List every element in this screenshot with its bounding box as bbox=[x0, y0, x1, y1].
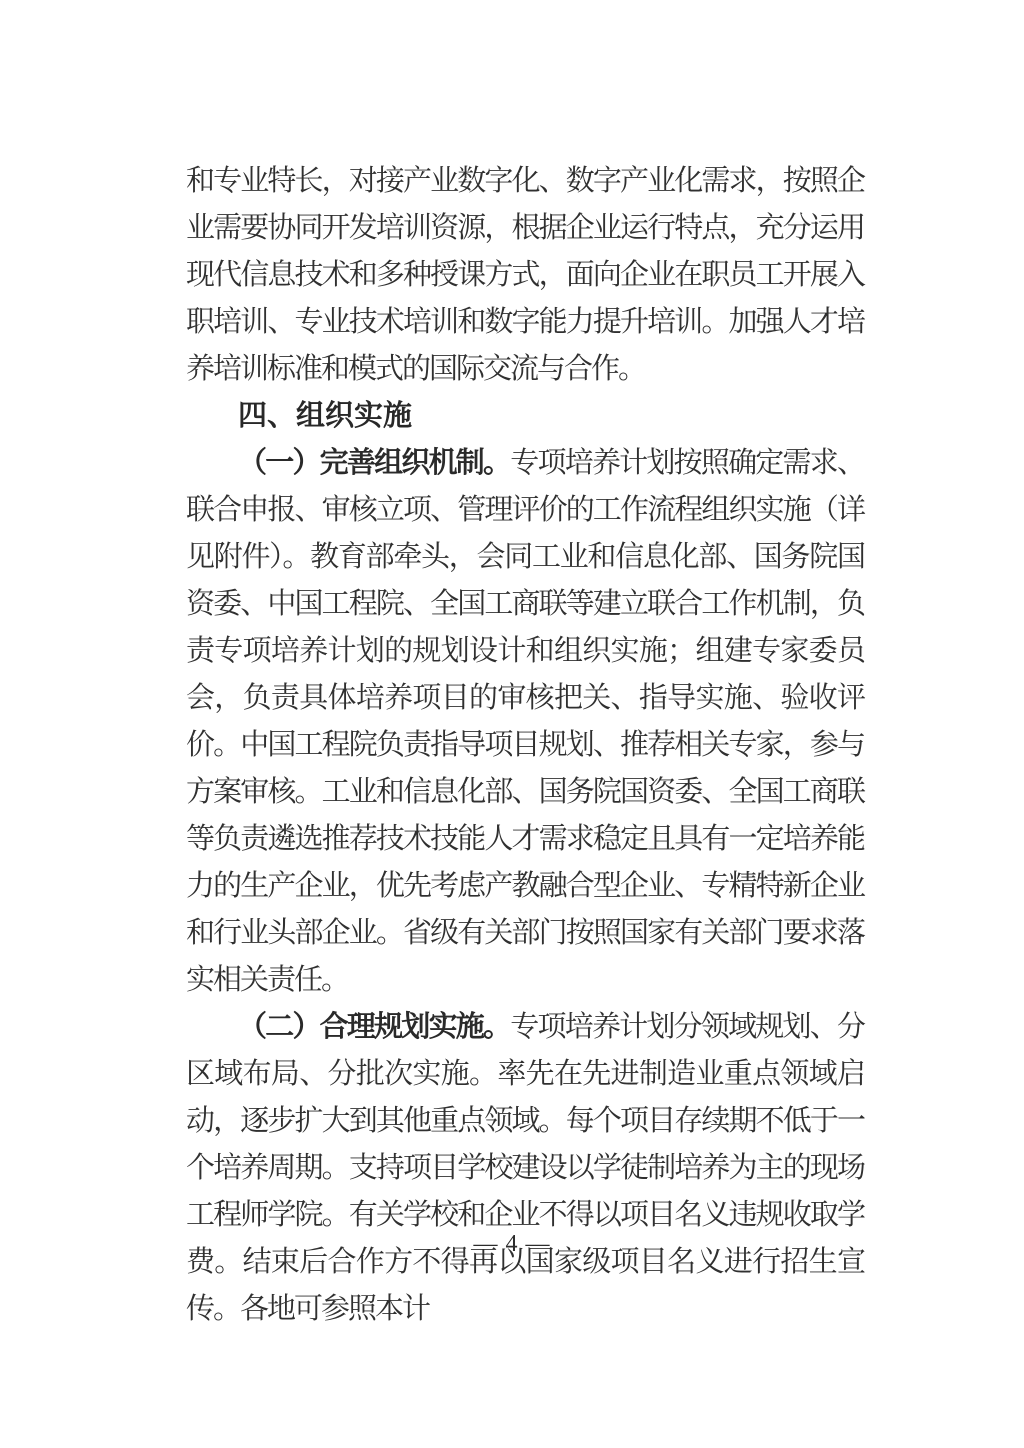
paragraph-item-2: （二）合理规划实施。专项培养计划分领域规划、分区域布局、分批次实施。率先在先进制… bbox=[186, 1004, 864, 1333]
paragraph-text-2: 专项培养计划分领域规划、分区域布局、分批次实施。率先在先进制造业重点领域启动，逐… bbox=[186, 1011, 864, 1325]
document-page: 和专业特长，对接产业数字化、数字产业化需求，按照企业需要协同开发培训资源，根据企… bbox=[0, 0, 1024, 1448]
paragraph-lead-2: （二）合理规划实施。 bbox=[238, 1011, 510, 1043]
section-heading: 四、组织实施 bbox=[186, 393, 864, 440]
document-body: 和专业特长，对接产业数字化、数字产业化需求，按照企业需要协同开发培训资源，根据企… bbox=[186, 158, 864, 1333]
paragraph-text-1: 专项培养计划按照确定需求、联合申报、审核立项、管理评价的工作流程组织实施（详见附… bbox=[186, 447, 864, 996]
paragraph-item-1: （一）完善组织机制。专项培养计划按照确定需求、联合申报、审核立项、管理评价的工作… bbox=[186, 440, 864, 1004]
page-number: — 4 — bbox=[0, 1228, 1024, 1260]
paragraph-continuation: 和专业特长，对接产业数字化、数字产业化需求，按照企业需要协同开发培训资源，根据企… bbox=[186, 158, 864, 393]
paragraph-lead-1: （一）完善组织机制。 bbox=[238, 447, 510, 479]
